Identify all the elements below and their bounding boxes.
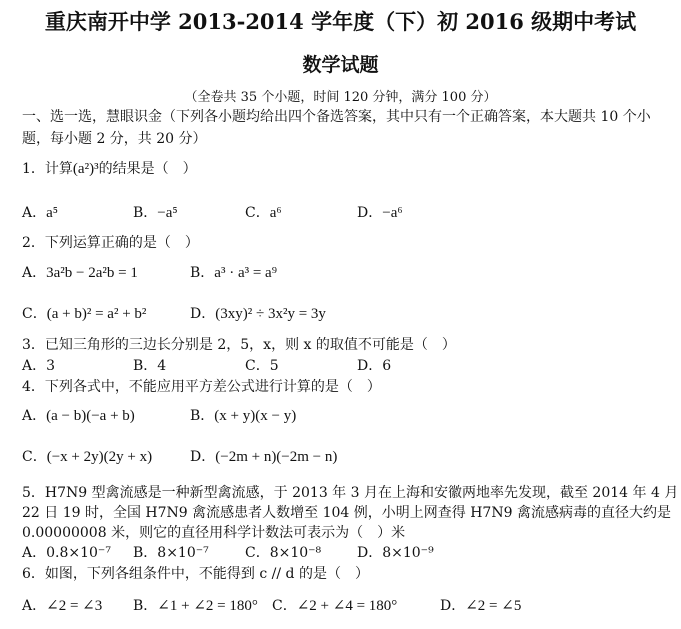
q5-option-c: C．8×10⁻⁸ (245, 542, 321, 562)
section-heading-line1: 一、选一选，慧眼识金（下列各小题均给出四个备选答案，其中只有一个正确答案，本大题… (22, 106, 651, 126)
q1-option-a: A．a⁵ (22, 202, 58, 222)
question-suffix: 的结果是（ ） (99, 161, 197, 177)
q3-option-d: D．6 (357, 355, 391, 375)
q1-option-d: D．−a⁶ (357, 202, 403, 222)
question-1: 1．计算(a²)³的结果是（ ） (22, 158, 197, 178)
question-2: 2．下列运算正确的是（ ） (22, 232, 199, 252)
q2-option-b: B．a³ · a³ = a⁹ (190, 262, 277, 282)
question-expression: (a²)³ (73, 161, 99, 177)
q1-option-b: B．−a⁵ (133, 202, 178, 222)
question-6: 6．如图，下列各组条件中，不能得到 c // d 的是（ ） (22, 563, 369, 583)
q6-option-a: A．∠2 = ∠3 (22, 595, 102, 615)
q4-option-a: A．(a − b)(−a + b) (22, 405, 135, 425)
question-prefix: 计算 (45, 161, 73, 177)
question-5-line2: 22 日 19 时，全国 H7N9 禽流感患者人数增至 104 例，小明上网查得… (22, 502, 671, 522)
q4-option-d: D．(−2m + n)(−2m − n) (190, 446, 337, 466)
q4-option-b: B．(x + y)(x − y) (190, 405, 296, 425)
q2-option-a: A．3a²b − 2a²b = 1 (22, 262, 138, 282)
q5-option-d: D．8×10⁻⁹ (357, 542, 434, 562)
q2-option-d: D．(3xy)² ÷ 3x²y = 3y (190, 303, 326, 323)
question-5-line3: 0.00000008 米，则它的直径用科学计数法可表示为（ ）米 (22, 522, 405, 542)
question-5-line1: 5．H7N9 型禽流感是一种新型禽流感，于 2013 年 3 月在上海和安徽两地… (22, 482, 678, 502)
question-number: 1． (22, 161, 45, 177)
q4-option-c: C．(−x + 2y)(2y + x) (22, 446, 152, 466)
question-4: 4．下列各式中，不能应用平方差公式进行计算的是（ ） (22, 376, 381, 396)
q6-option-d: D．∠2 = ∠5 (440, 595, 521, 615)
q5-option-a: A．0.8×10⁻⁷ (22, 542, 111, 562)
question-3: 3．已知三角形的三边长分别是 2，5，x，则 x 的取值不可能是（ ） (22, 334, 456, 354)
q1-option-c: C．a⁶ (245, 202, 282, 222)
exam-subtitle: 数学试题 (0, 50, 681, 77)
q2-option-c: C．(a + b)² = a² + b² (22, 303, 146, 323)
exam-note: （全卷共 35 个小题，时间 120 分钟，满分 100 分） (0, 86, 681, 105)
section-heading-line2: 题，每小题 2 分，共 20 分） (22, 128, 207, 148)
q3-option-a: A．3 (22, 355, 55, 375)
q5-option-b: B．8×10⁻⁷ (133, 542, 209, 562)
q6-option-c: C．∠2 + ∠4 = 180° (272, 595, 397, 615)
q6-option-b: B．∠1 + ∠2 = 180° (133, 595, 258, 615)
q3-option-c: C．5 (245, 355, 279, 375)
q3-option-b: B．4 (133, 355, 166, 375)
exam-title: 重庆南开中学 2013-2014 学年度（下）初 2016 级期中考试 (0, 6, 681, 36)
